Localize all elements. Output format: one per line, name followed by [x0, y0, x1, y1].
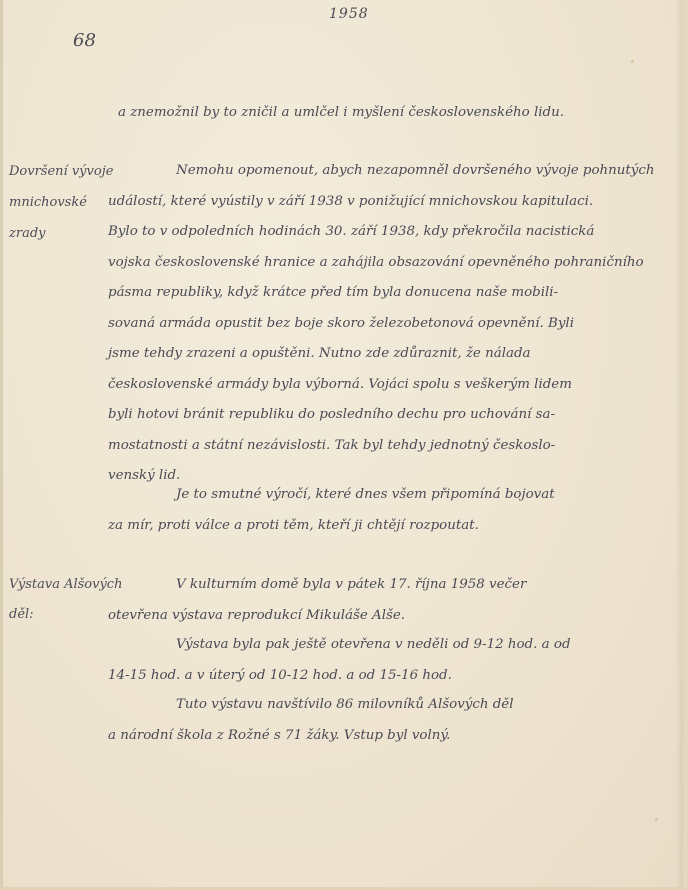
page-number: 68 — [73, 30, 96, 51]
margin-line: Výstava Alšových — [9, 570, 99, 600]
text-line: jsme tehdy zrazeni a opuštěni. Nutno zde… — [108, 339, 678, 370]
paragraph-exhibition-visitors: Tuto výstavu navštívilo 86 milovníků Alš… — [108, 690, 678, 751]
text-line: Nemohu opomenout, abych nezapomněl dovrš… — [108, 156, 678, 187]
text-line: mostatnosti a státní nezávislosti. Tak b… — [108, 431, 678, 462]
text-line: a znemožnil by to zničil a umlčel i myšl… — [118, 98, 688, 129]
text-line: za mír, proti válce a proti těm, kteří j… — [108, 511, 678, 542]
text-line: sovaná armáda opustit bez boje skoro žel… — [108, 309, 678, 340]
text-line: Výstava byla pak ještě otevřena v neděli… — [108, 630, 678, 661]
text-line: byli hotovi bránit republiku do poslední… — [108, 400, 678, 431]
text-line: československé armády byla výborná. Vojá… — [108, 370, 678, 401]
text-line: 14-15 hod. a v úterý od 10-12 hod. a od … — [108, 661, 678, 692]
text-line: otevřena výstava reprodukcí Mikuláše Alš… — [108, 601, 678, 632]
text-line: V kulturním domě byla v pátek 17. října … — [108, 570, 678, 601]
text-line: a národní škola z Rožné s 71 žáky. Vstup… — [108, 721, 678, 752]
text-line: Je to smutné výročí, které dnes všem při… — [108, 480, 678, 511]
chronicle-page: 1958 68 a znemožnil by to zničil a umlče… — [0, 0, 688, 890]
text-line: vojska československé hranice a zahájila… — [108, 248, 678, 279]
margin-line: mnichovské — [9, 187, 99, 218]
paragraph-exhibition-opening: V kulturním domě byla v pátek 17. října … — [108, 570, 678, 631]
text-line: Tuto výstavu navštívilo 86 milovníků Alš… — [108, 690, 678, 721]
paragraph-munich-anniversary: Nemohu opomenout, abych nezapomněl dovrš… — [108, 156, 678, 492]
margin-line: děl: — [9, 600, 99, 630]
margin-label-munich-betrayal: Dovršení vývoje mnichovské zrady — [9, 156, 99, 249]
margin-label-ales-exhibition: Výstava Alšových děl: — [9, 570, 99, 630]
paper-speck — [655, 818, 658, 821]
text-line: Bylo to v odpoledních hodinách 30. září … — [108, 217, 678, 248]
page-year-heading: 1958 — [329, 6, 369, 22]
continuation-line: a znemožnil by to zničil a umlčel i myšl… — [118, 98, 688, 129]
paper-speck — [631, 60, 634, 63]
margin-line: zrady — [9, 218, 99, 249]
text-line: pásma republiky, když krátce před tím by… — [108, 278, 678, 309]
text-line: událostí, které vyústily v září 1938 v p… — [108, 187, 678, 218]
paragraph-exhibition-hours: Výstava byla pak ještě otevřena v neděli… — [108, 630, 678, 691]
margin-line: Dovršení vývoje — [9, 156, 99, 187]
paragraph-peace-appeal: Je to smutné výročí, které dnes všem při… — [108, 480, 678, 541]
